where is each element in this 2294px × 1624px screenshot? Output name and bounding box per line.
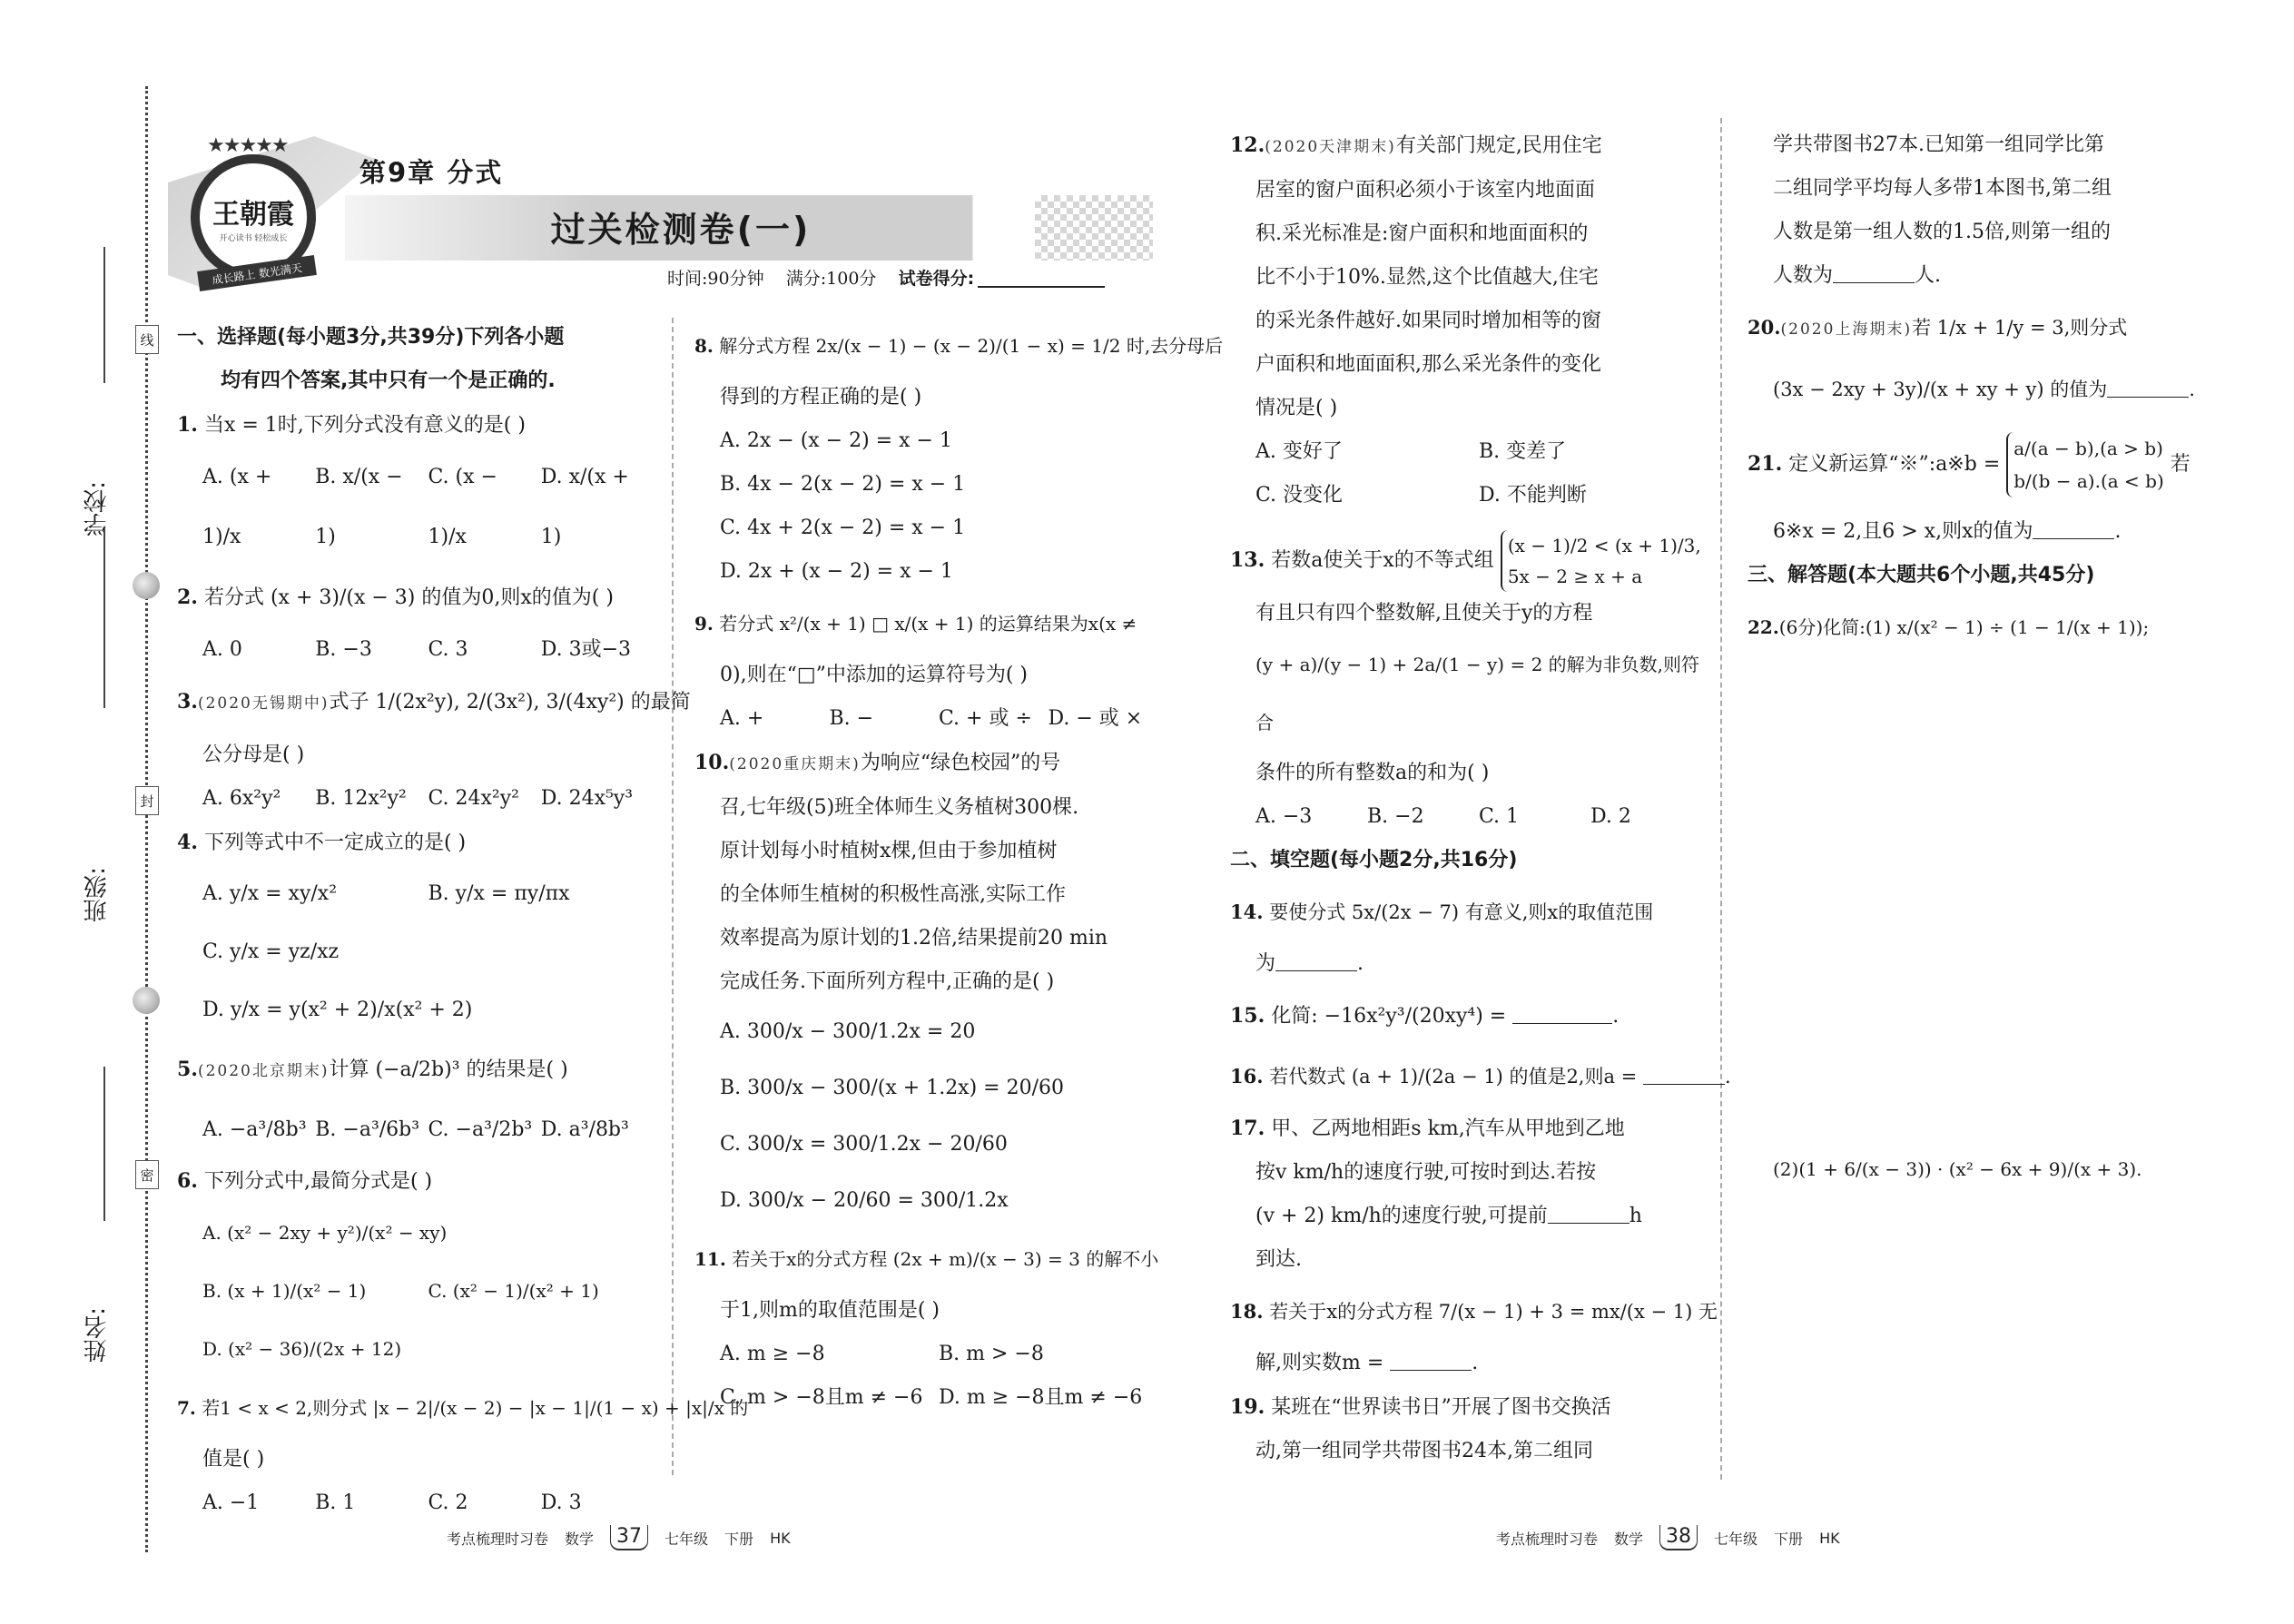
answer-blank[interactable] [1548, 1223, 1629, 1224]
question-21-cont: 6※x = 2,且6 > x,则x的值为. [1748, 510, 2220, 554]
option-b[interactable]: B. 变差了 [1479, 430, 1702, 474]
footer-subject: 数学 [1614, 1528, 1643, 1549]
question-13-line: (y + a)/(y − 1) + 2a/(1 − y) = 2 的解为非负数,… [1230, 635, 1702, 752]
question-10-line: 的全体师生植树的积极性高涨,实际工作 [694, 873, 1157, 917]
question-14: 14. 要使分式 5x/(2x − 7) 有意义,则x的取值范围 [1230, 882, 1702, 942]
option-a[interactable]: A. 0 [202, 628, 315, 672]
option-a[interactable]: A. + [720, 697, 830, 741]
option-b[interactable]: B. −a³/6b³ [315, 1101, 428, 1159]
option-b[interactable]: B. 300/x − 300/(x + 1.2x) = 20/60 [694, 1060, 1157, 1117]
option-d[interactable]: D. (x² − 36)/(2x + 12) [202, 1320, 428, 1378]
option-b[interactable]: B. 4x − 2(x − 2) = x − 1 [694, 463, 1157, 507]
option-d[interactable]: D. m ≥ −8且m ≠ −6 [939, 1376, 1157, 1420]
binding-dotted-line [145, 86, 148, 1552]
option-d[interactable]: D. 24x⁵y³ [541, 777, 654, 821]
answer-space[interactable] [1748, 657, 2220, 1147]
question-13-options: A. −3B. −2C. 1D. 2 [1230, 795, 1702, 839]
checker-pattern-decoration [1035, 195, 1153, 261]
question-12-options: A. 变好了B. 变差了C. 没变化D. 不能判断 [1230, 430, 1702, 517]
footer-series: 考点梳理时习卷 [1496, 1528, 1598, 1549]
option-d[interactable]: D. 3或−3 [541, 628, 654, 672]
option-b[interactable]: B. − [830, 697, 940, 741]
question-13: 13. 若数a使关于x的不等式组 (x − 1)/2 < (x + 1)/3, … [1230, 517, 1702, 592]
seal-mark-seal: 封 [135, 786, 159, 815]
option-b[interactable]: B. (x + 1)/(x² − 1) [202, 1262, 428, 1320]
question-9-options: A. +B. −C. + 或 ÷D. − 或 × [694, 697, 1157, 741]
footer-grade: 七年级 [1714, 1528, 1757, 1549]
question-17-line: 按v km/h的速度行驶,可按时到达.若按 [1230, 1151, 1702, 1195]
question-4-options: A. y/x = xy/x²B. y/x = πy/πxC. y/x = yz/… [177, 865, 654, 1039]
question-6-options: A. (x² − 2xy + y²)/(x² − xy)B. (x + 1)/(… [177, 1204, 654, 1378]
column-divider [672, 318, 674, 1475]
question-12-line: 居室的窗户面积必须小于该室内地面面 [1230, 169, 1702, 212]
class-field-label: 班级: [80, 867, 113, 922]
binding-ornament-icon [133, 572, 160, 599]
question-10: 10.(2020重庆期末)为响应“绿色校园”的号 [694, 741, 1157, 786]
section-3-title: 三、解答题(本大题共6个小题,共45分) [1748, 554, 2220, 597]
footer-grade: 七年级 [665, 1528, 708, 1549]
option-d[interactable]: D. a³/8b³ [541, 1101, 654, 1159]
question-5: 5.(2020北京期末)计算 (−a/2b)³ 的结果是( ) [177, 1039, 654, 1101]
question-10-line: 完成任务.下面所列方程中,正确的是( ) [694, 960, 1157, 1004]
column-divider [1720, 118, 1722, 1480]
answer-blank[interactable] [1643, 1084, 1725, 1085]
option-c[interactable]: C. + 或 ÷ [939, 697, 1049, 741]
question-18: 18. 若关于x的分式方程 7/(x − 1) + 3 = mx/(x − 1)… [1230, 1282, 1702, 1342]
score-label: 试卷得分: [899, 269, 975, 289]
question-11-options: A. m ≥ −8B. m > −8C. m > −8且m ≠ −6D. m ≥… [694, 1333, 1157, 1420]
option-d[interactable]: D. 3 [541, 1481, 654, 1525]
question-20-cont: (3x − 2xy + 3y)/(x + xy + y) 的值为. [1748, 359, 2220, 419]
question-7: 7. 若1 < x < 2,则分式 |x − 2|/(x − 2) − |x −… [177, 1378, 654, 1438]
option-d[interactable]: D. x/(x + 1) [541, 448, 654, 567]
option-a[interactable]: A. (x + 1)/x [202, 448, 315, 567]
option-b[interactable]: B. x/(x − 1) [315, 448, 428, 567]
question-21: 21. 定义新运算“※”:a※b = a/(a − b),(a > b) b/(… [1748, 419, 2220, 510]
question-13-line: 有且只有四个整数解,且使关于y的方程 [1230, 592, 1702, 635]
full-score: 满分:100分 [786, 269, 877, 289]
question-11-cont: 于1,则m的取值范围是( ) [694, 1289, 1157, 1333]
answer-blank[interactable] [1512, 1023, 1612, 1024]
footer-edition: HK [770, 1530, 791, 1547]
school-field-label: 学校: [80, 481, 113, 536]
question-17-line: 到达. [1230, 1238, 1702, 1282]
option-c[interactable]: C. y/x = yz/xz [202, 923, 428, 981]
option-a[interactable]: A. 变好了 [1255, 430, 1479, 474]
inequality-system: (x − 1)/2 < (x + 1)/3, 5x − 2 ≥ x + a [1501, 530, 1701, 592]
section-1-title: 一、选择题(每小题3分,共39分)下列各小题 [177, 316, 654, 359]
option-c[interactable]: C. −a³/2b³ [428, 1101, 541, 1159]
score-input-line[interactable] [978, 286, 1105, 288]
seal-mark-line: 线 [135, 325, 159, 354]
question-19: 19. 某班在“世界读书日”开展了图书交换活 [1230, 1385, 1702, 1430]
question-19-line: 人数是第一组人数的1.5倍,则第一组的 [1748, 211, 2220, 254]
question-16: 16. 若代数式 (a + 1)/(2a − 1) 的值是2,则a = . [1230, 1047, 1702, 1107]
question-17-line: (v + 2) km/h的速度行驶,可提前h [1230, 1195, 1702, 1238]
option-b[interactable]: B. y/x = πy/πx [428, 865, 655, 923]
option-a[interactable]: A. m ≥ −8 [720, 1333, 939, 1376]
class-field-line[interactable] [103, 527, 105, 708]
question-19-line: 动,第一组同学共带图书24本,第二组同 [1230, 1430, 1702, 1473]
question-10-line: 效率提高为原计划的1.2倍,结果提前20 min [694, 917, 1157, 960]
option-a[interactable]: A. −a³/8b³ [202, 1101, 315, 1159]
question-12-line: 比不小于10%.显然,这个比值越大,住宅 [1230, 256, 1702, 300]
question-19-line: 人数为人. [1748, 254, 2220, 298]
question-8-cont: 得到的方程正确的是( ) [694, 376, 1157, 419]
answer-blank[interactable] [2107, 397, 2189, 398]
question-22-part2: (2)(1 + 6/(x − 3)) · (x² − 6x + 9)/(x + … [1748, 1147, 2220, 1191]
question-12-line: 的采光条件越好.如果同时增加相等的窗 [1230, 300, 1702, 343]
option-c[interactable]: C. 没变化 [1255, 474, 1479, 517]
question-20: 20.(2020上海期末)若 1/x + 1/y = 3,则分式 [1748, 298, 2220, 359]
option-b[interactable]: B. 1 [315, 1481, 428, 1525]
answer-blank[interactable] [1275, 970, 1357, 971]
option-c[interactable]: C. (x² − 1)/(x² + 1) [428, 1262, 655, 1320]
question-3-options: A. 6x²y²B. 12x²y²C. 24x²y²D. 24x⁵y³ [177, 777, 654, 821]
option-d[interactable]: D. − 或 × [1049, 697, 1158, 741]
question-7-cont: 值是( ) [177, 1438, 654, 1481]
footer-volume: 下册 [1774, 1528, 1803, 1549]
school-field-line[interactable] [103, 247, 105, 383]
question-22: 22.(6分)化简:(1) x/(x² − 1) ÷ (1 − 1/(x + 1… [1748, 597, 2220, 657]
option-c[interactable]: C. 4x + 2(x − 2) = x − 1 [694, 507, 1157, 550]
question-5-options: A. −a³/8b³B. −a³/6b³C. −a³/2b³D. a³/8b³ [177, 1101, 654, 1159]
column-1: 一、选择题(每小题3分,共39分)下列各小题 均有四个答案,其中只有一个是正确的… [177, 316, 654, 1525]
time-limit: 时间:90分钟 [667, 269, 764, 289]
option-d[interactable]: D. 300/x − 20/60 = 300/1.2x [694, 1173, 1157, 1229]
section-2-title: 二、填空题(每小题2分,共16分) [1230, 839, 1702, 882]
question-17: 17. 甲、乙两地相距s km,汽车从甲地到乙地 [1230, 1107, 1702, 1151]
question-3: 3.(2020无锡期中)式子 1/(2x²y), 2/(3x²), 3/(4xy… [177, 672, 654, 733]
option-c[interactable]: C. 24x²y² [428, 777, 541, 821]
page-number: 37 [610, 1525, 648, 1550]
column-4: 学共带图书27本.已知第一组同学比第 二组同学平均每人多带1本图书,第二组 人数… [1748, 123, 2220, 1191]
footer-left: 考点梳理时习卷 数学 37 七年级 下册 HK [447, 1525, 791, 1550]
logo-name: 王朝霞 [212, 192, 294, 231]
option-d[interactable]: D. y/x = y(x² + 2)/x(x² + 2) [202, 981, 472, 1039]
option-c[interactable]: C. 300/x = 300/1.2x − 20/60 [694, 1117, 1157, 1173]
option-a[interactable]: A. 6x²y² [202, 777, 315, 821]
option-a[interactable]: A. −3 [1255, 795, 1367, 839]
column-3: 12.(2020天津期末)有关部门规定,民用住宅 居室的窗户面积必须小于该室内地… [1230, 123, 1702, 1473]
column-2: 8. 解分式方程 2x/(x − 1) − (x − 2)/(1 − x) = … [694, 316, 1157, 1420]
option-d[interactable]: D. 2x + (x − 2) = x − 1 [694, 550, 1157, 594]
logo-motto: 开心读书 轻松成长 [220, 231, 288, 243]
question-11: 11. 若关于x的分式方程 (2x + m)/(x − 3) = 3 的解不小 [694, 1229, 1157, 1289]
question-6: 6. 下列分式中,最简分式是( ) [177, 1159, 654, 1204]
question-12: 12.(2020天津期末)有关部门规定,民用住宅 [1230, 123, 1702, 169]
answer-blank[interactable] [2033, 538, 2114, 539]
option-b[interactable]: B. −3 [315, 628, 428, 672]
footer-right: 考点梳理时习卷 数学 38 七年级 下册 HK [1496, 1525, 1840, 1550]
question-18-cont: 解,则实数m = . [1230, 1342, 1702, 1385]
option-d[interactable]: D. 不能判断 [1479, 474, 1702, 517]
page-number: 38 [1659, 1525, 1698, 1550]
question-10-line: 召,七年级(5)班全体师生义务植树300棵. [694, 786, 1157, 830]
seal-mark-secret: 密 [135, 1160, 159, 1189]
question-19-line: 二组同学平均每人多带1本图书,第二组 [1748, 167, 2220, 211]
footer-series: 考点梳理时习卷 [447, 1528, 548, 1549]
answer-blank[interactable] [1833, 282, 1915, 283]
exam-meta: 时间:90分钟 满分:100分 试卷得分: [667, 265, 1105, 290]
option-b[interactable]: B. −2 [1367, 795, 1479, 839]
name-field-line[interactable] [103, 1067, 105, 1221]
question-14-cont: 为. [1230, 942, 1702, 986]
question-2-options: A. 0B. −3C. 3D. 3或−3 [177, 628, 654, 672]
question-1: 1. 当x = 1时,下列分式没有意义的是( ) [177, 403, 654, 448]
option-b[interactable]: B. m > −8 [939, 1333, 1157, 1376]
option-c[interactable]: C. 1 [1479, 795, 1590, 839]
question-10-line: 原计划每小时植树x棵,但由于参加植树 [694, 830, 1157, 873]
question-1-options: A. (x + 1)/xB. x/(x − 1)C. (x − 1)/xD. x… [177, 448, 654, 567]
question-9: 9. 若分式 x²/(x + 1) □ x/(x + 1) 的运算结果为x(x … [694, 594, 1157, 654]
option-c[interactable]: C. (x − 1)/x [428, 448, 541, 567]
binding-ornament-icon [133, 987, 160, 1014]
option-a[interactable]: A. −1 [202, 1481, 315, 1525]
footer-edition: HK [1819, 1530, 1840, 1547]
option-c[interactable]: C. 3 [428, 628, 541, 672]
footer-volume: 下册 [724, 1528, 753, 1549]
name-field-label: 姓名: [80, 1307, 113, 1363]
page-title: 过关检测卷(一) [345, 202, 1017, 251]
option-a[interactable]: A. y/x = xy/x² [202, 865, 428, 923]
question-7-options: A. −1B. 1C. 2D. 3 [177, 1481, 654, 1525]
option-c[interactable]: C. m > −8且m ≠ −6 [720, 1376, 939, 1420]
question-4: 4. 下列等式中不一定成立的是( ) [177, 821, 654, 865]
footer-subject: 数学 [565, 1528, 594, 1549]
option-a[interactable]: A. (x² − 2xy + y²)/(x² − xy) [202, 1204, 447, 1262]
question-12-line: 积.采光标准是:窗户面积和地面面积的 [1230, 212, 1702, 256]
option-b[interactable]: B. 12x²y² [315, 777, 428, 821]
option-a[interactable]: A. 2x − (x − 2) = x − 1 [694, 419, 1157, 463]
question-13-line: 条件的所有整数a的和为( ) [1230, 752, 1702, 795]
question-19-line: 学共带图书27本.已知第一组同学比第 [1748, 123, 2220, 167]
question-2: 2. 若分式 (x + 3)/(x − 3) 的值为0,则x的值为( ) [177, 567, 654, 628]
option-d[interactable]: D. 2 [1590, 795, 1702, 839]
question-12-line: 户面积和地面面积,那么采光条件的变化 [1230, 343, 1702, 387]
option-a[interactable]: A. 300/x − 300/1.2x = 20 [694, 1004, 1157, 1060]
answer-blank[interactable] [1390, 1370, 1472, 1371]
question-15: 15. 化简: −16x²y³/(20xy⁴) = . [1230, 986, 1702, 1047]
question-12-line: 情况是( ) [1230, 387, 1702, 430]
piecewise-definition: a/(a − b),(a > b) b/(b − a).(a < b) [2006, 432, 2164, 497]
option-c[interactable]: C. 2 [428, 1481, 541, 1525]
section-1-title-cont: 均有四个答案,其中只有一个是正确的. [177, 359, 654, 403]
question-9-cont: 0),则在“□”中添加的运算符号为( ) [694, 654, 1157, 697]
question-8: 8. 解分式方程 2x/(x − 1) − (x − 2)/(1 − x) = … [694, 316, 1157, 376]
question-3-cont: 公分母是( ) [177, 733, 654, 777]
chapter-title: 第9章 分式 [359, 153, 503, 190]
